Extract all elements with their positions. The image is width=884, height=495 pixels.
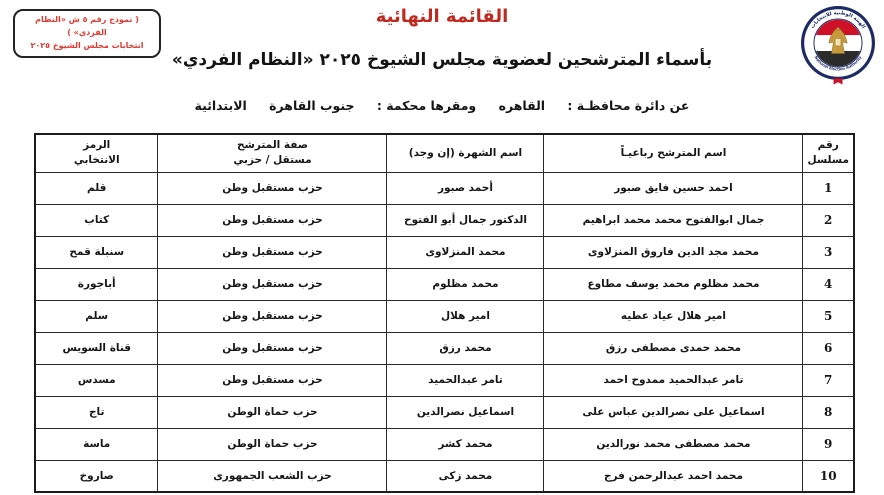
table-row: 8 اسماعيل على نصرالدين عباس على اسماعيل … bbox=[35, 396, 854, 428]
table-row: 7 تامر عبدالحميد ممدوح احمد تامر عبدالحم… bbox=[35, 364, 854, 396]
candidate-name-cell: جمال ابوالفتوح محمد محمد ابراهيم bbox=[544, 204, 803, 236]
candidate-name-cell: محمد مجد الدين فاروق المنزلاوى bbox=[544, 236, 803, 268]
table-row: 6 محمد حمدى مصطفى رزق محمد رزق حزب مستقب… bbox=[35, 332, 854, 364]
known-as-cell: أحمد صبور bbox=[387, 172, 544, 204]
candidates-tbody: 1 احمد حسين فايق صبور أحمد صبور حزب مستق… bbox=[35, 172, 854, 492]
serial-cell: 6 bbox=[803, 332, 854, 364]
symbol-cell: ماسة bbox=[35, 428, 158, 460]
serial-cell: 4 bbox=[803, 268, 854, 300]
serial-cell: 10 bbox=[803, 460, 854, 492]
governorate-label: عن دائرة محافظـة : bbox=[567, 98, 689, 113]
table-row: 9 محمد مصطفى محمد نورالدين محمد كشر حزب … bbox=[35, 428, 854, 460]
capacity-cell: حزب مستقبل وطن bbox=[158, 332, 387, 364]
court-value: جنوب القاهرة bbox=[269, 98, 354, 113]
serial-cell: 5 bbox=[803, 300, 854, 332]
serial-cell: 7 bbox=[803, 364, 854, 396]
candidate-name-cell: تامر عبدالحميد ممدوح احمد bbox=[544, 364, 803, 396]
symbol-cell: قلم bbox=[35, 172, 158, 204]
table-row: 5 امير هلال عياد عطيه امير هلال حزب مستق… bbox=[35, 300, 854, 332]
table-row: 3 محمد مجد الدين فاروق المنزلاوى محمد ال… bbox=[35, 236, 854, 268]
main-heading: بأسماء المترشحين لعضوية مجلس الشيوخ ٢٠٢٥… bbox=[0, 50, 884, 70]
serial-cell: 8 bbox=[803, 396, 854, 428]
candidates-table: رقم مسلسل اسم المترشح رباعيـاً اسم الشهر… bbox=[34, 133, 855, 493]
document-page: ( نموذج رقم ٥ ش «النظام الفردي» ) انتخاب… bbox=[0, 0, 884, 495]
candidate-name-cell: محمد مصطفى محمد نورالدين bbox=[544, 428, 803, 460]
header-row: رقم مسلسل اسم المترشح رباعيـاً اسم الشهر… bbox=[35, 134, 854, 172]
capacity-cell: حزب مستقبل وطن bbox=[158, 364, 387, 396]
capacity-cell: حزب مستقبل وطن bbox=[158, 300, 387, 332]
header-known-as: اسم الشهرة (إن وجد) bbox=[387, 134, 544, 172]
capacity-cell: حزب مستقبل وطن bbox=[158, 172, 387, 204]
table-row: 4 محمد مظلوم محمد يوسف مطاوع محمد مظلوم … bbox=[35, 268, 854, 300]
symbol-cell: كتاب bbox=[35, 204, 158, 236]
capacity-cell: حزب مستقبل وطن bbox=[158, 204, 387, 236]
candidate-name-cell: اسماعيل على نصرالدين عباس على bbox=[544, 396, 803, 428]
capacity-cell: حزب الشعب الجمهورى bbox=[158, 460, 387, 492]
candidates-table-wrap: رقم مسلسل اسم المترشح رباعيـاً اسم الشهر… bbox=[34, 133, 855, 493]
capacity-cell: حزب حماة الوطن bbox=[158, 428, 387, 460]
known-as-cell: محمد رزق bbox=[387, 332, 544, 364]
known-as-cell: محمد المنزلاوى bbox=[387, 236, 544, 268]
header-serial: رقم مسلسل bbox=[803, 134, 854, 172]
page-title: القائمة النهائية bbox=[0, 6, 884, 27]
known-as-cell: محمد زكى bbox=[387, 460, 544, 492]
header-symbol: الرمز الانتخابي bbox=[35, 134, 158, 172]
table-row: 1 احمد حسين فايق صبور أحمد صبور حزب مستق… bbox=[35, 172, 854, 204]
known-as-cell: محمد مظلوم bbox=[387, 268, 544, 300]
serial-cell: 2 bbox=[803, 204, 854, 236]
governorate-value: القاهره bbox=[499, 98, 546, 113]
known-as-cell: اسماعيل نصرالدين bbox=[387, 396, 544, 428]
known-as-cell: تامر عبدالحميد bbox=[387, 364, 544, 396]
serial-cell: 1 bbox=[803, 172, 854, 204]
table-row: 10 محمد احمد عبدالرحمن فرج محمد زكى حزب … bbox=[35, 460, 854, 492]
court-label: ومقرها محكمة : bbox=[377, 98, 476, 113]
serial-cell: 3 bbox=[803, 236, 854, 268]
known-as-cell: امير هلال bbox=[387, 300, 544, 332]
symbol-cell: قناة السويس bbox=[35, 332, 158, 364]
symbol-cell: صاروخ bbox=[35, 460, 158, 492]
table-row: 2 جمال ابوالفتوح محمد محمد ابراهيم الدكت… bbox=[35, 204, 854, 236]
header-capacity: صفة المترشح مستقل / حزبي bbox=[158, 134, 387, 172]
capacity-cell: حزب مستقبل وطن bbox=[158, 236, 387, 268]
court-suffix: الابتدائية bbox=[195, 98, 247, 113]
serial-cell: 9 bbox=[803, 428, 854, 460]
known-as-cell: الدكتور جمال أبو الفتوح bbox=[387, 204, 544, 236]
logo-ribbon bbox=[834, 79, 843, 85]
symbol-cell: مسدس bbox=[35, 364, 158, 396]
symbol-cell: تاج bbox=[35, 396, 158, 428]
symbol-cell: سنبلة قمح bbox=[35, 236, 158, 268]
national-election-authority-logo: الهيئة الوطنية للانتخابات National Elect… bbox=[798, 2, 878, 90]
logo-svg: الهيئة الوطنية للانتخابات National Elect… bbox=[798, 2, 878, 90]
candidate-name-cell: محمد مظلوم محمد يوسف مطاوع bbox=[544, 268, 803, 300]
symbol-cell: أباجورة bbox=[35, 268, 158, 300]
candidate-name-cell: امير هلال عياد عطيه bbox=[544, 300, 803, 332]
capacity-cell: حزب حماة الوطن bbox=[158, 396, 387, 428]
district-line: عن دائرة محافظـة : القاهره ومقرها محكمة … bbox=[0, 98, 884, 113]
candidate-name-cell: محمد احمد عبدالرحمن فرج bbox=[544, 460, 803, 492]
symbol-cell: سلم bbox=[35, 300, 158, 332]
header-candidate-name: اسم المترشح رباعيـاً bbox=[544, 134, 803, 172]
capacity-cell: حزب مستقبل وطن bbox=[158, 268, 387, 300]
known-as-cell: محمد كشر bbox=[387, 428, 544, 460]
candidate-name-cell: احمد حسين فايق صبور bbox=[544, 172, 803, 204]
candidate-name-cell: محمد حمدى مصطفى رزق bbox=[544, 332, 803, 364]
